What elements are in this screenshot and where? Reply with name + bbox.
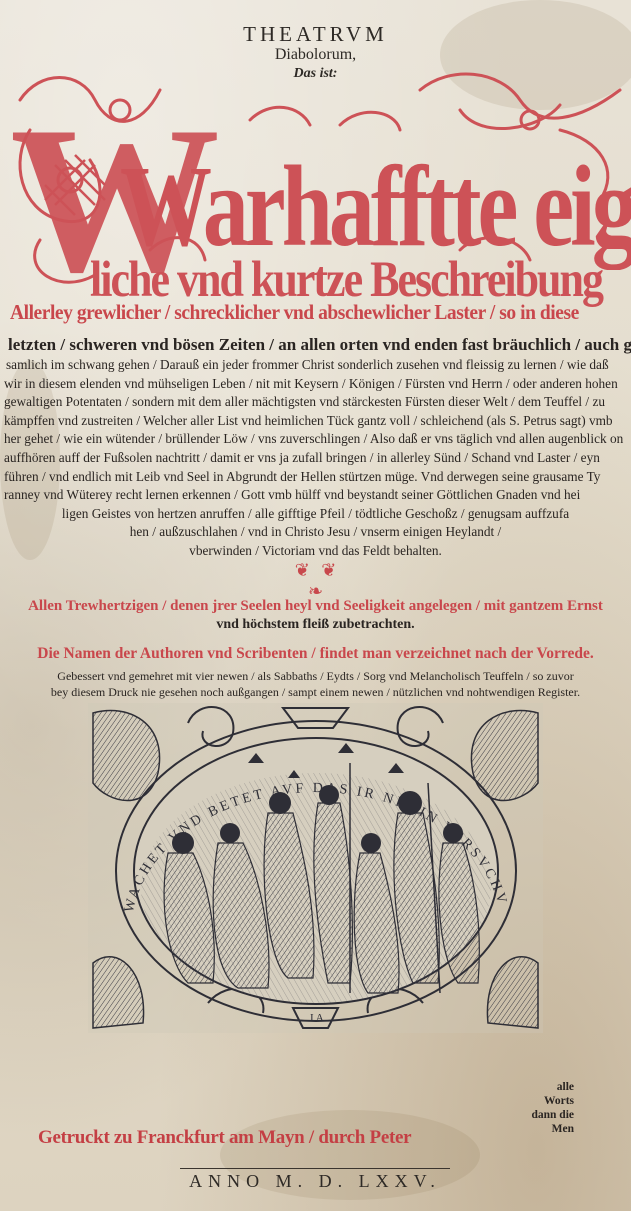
side-note-line: dann die [520,1108,574,1122]
side-note-line: Worts [520,1094,574,1108]
imprint-year: ANNO M. D. LXXV. [180,1168,450,1192]
body-line: gewaltigen Potentaten / sondern mit dem … [0,393,631,412]
svg-text:I A: I A [310,1012,324,1024]
body-line: samlich im schwang gehen / Darauß ein je… [0,356,631,375]
improved-note-line2: bey diesem Druck nie gesehen noch außgan… [0,684,631,700]
body-line: auffhören auff der Fußsolen nachtritt / … [0,449,631,468]
imprint-printed-at: Getruckt zu Franckfurt am Mayn / durch P… [38,1127,411,1149]
dedication: Allen Trewhertzigen / denen jrer Seelen … [0,598,631,633]
side-note-line: alle [520,1080,574,1094]
side-note-line: Men [520,1122,574,1136]
dedication-line1: Allen Trewhertzigen / denen jrer Seelen … [0,598,631,615]
body-line: führen / vnd endlich mit Leib vnd Seel i… [0,468,631,487]
dedication-line2: vnd höchstem fleiß zubetrachten. [0,617,631,633]
body-line: ranney vnd Wüterey recht lernen erkennen… [0,486,631,505]
body-line: vberwinden / Victoriam vnd das Feldt beh… [0,542,631,561]
title-page: THEATRVM Diabolorum, Das ist: W Warhafft… [0,0,631,1211]
latin-subtitle: Diabolorum, [0,46,631,64]
latin-title: THEATRVM [0,22,631,47]
body-line: kämpffen vnd zustreiten / Welcher aller … [0,412,631,431]
red-subtitle: Allerley grewlicher / schrecklicher vnd … [10,300,579,325]
red-fleuron-ornament-icon: ❦ ❦❧ [0,560,631,602]
authors-note: Die Namen der Authoren vnd Scribenten / … [0,645,631,663]
improved-note: Gebessert vnd gemehret mit vier newen / … [0,668,631,700]
body-line: her gehet / wie ein wütender / brüllende… [0,430,631,449]
improved-note-line1: Gebessert vnd gemehret mit vier newen / … [0,668,631,684]
body-line: hen / außzuschlahen / vnd in Christo Jes… [0,523,631,542]
body-line: letzten / schweren vnd bösen Zeiten / an… [0,334,631,356]
side-note: alle Worts dann die Men [520,1080,574,1136]
body-text: letzten / schweren vnd bösen Zeiten / an… [0,334,631,561]
body-line: ligen Geistes von hertzen anruffen / all… [0,505,631,524]
main-title-line1: Warhafftte eigent [120,150,631,263]
body-line: wir in diesem elenden vnd mühseligen Leb… [0,375,631,394]
woodcut-illustration-icon: WACHET VND BETET AVF DAS IR NIT IN VERSV… [88,703,543,1033]
